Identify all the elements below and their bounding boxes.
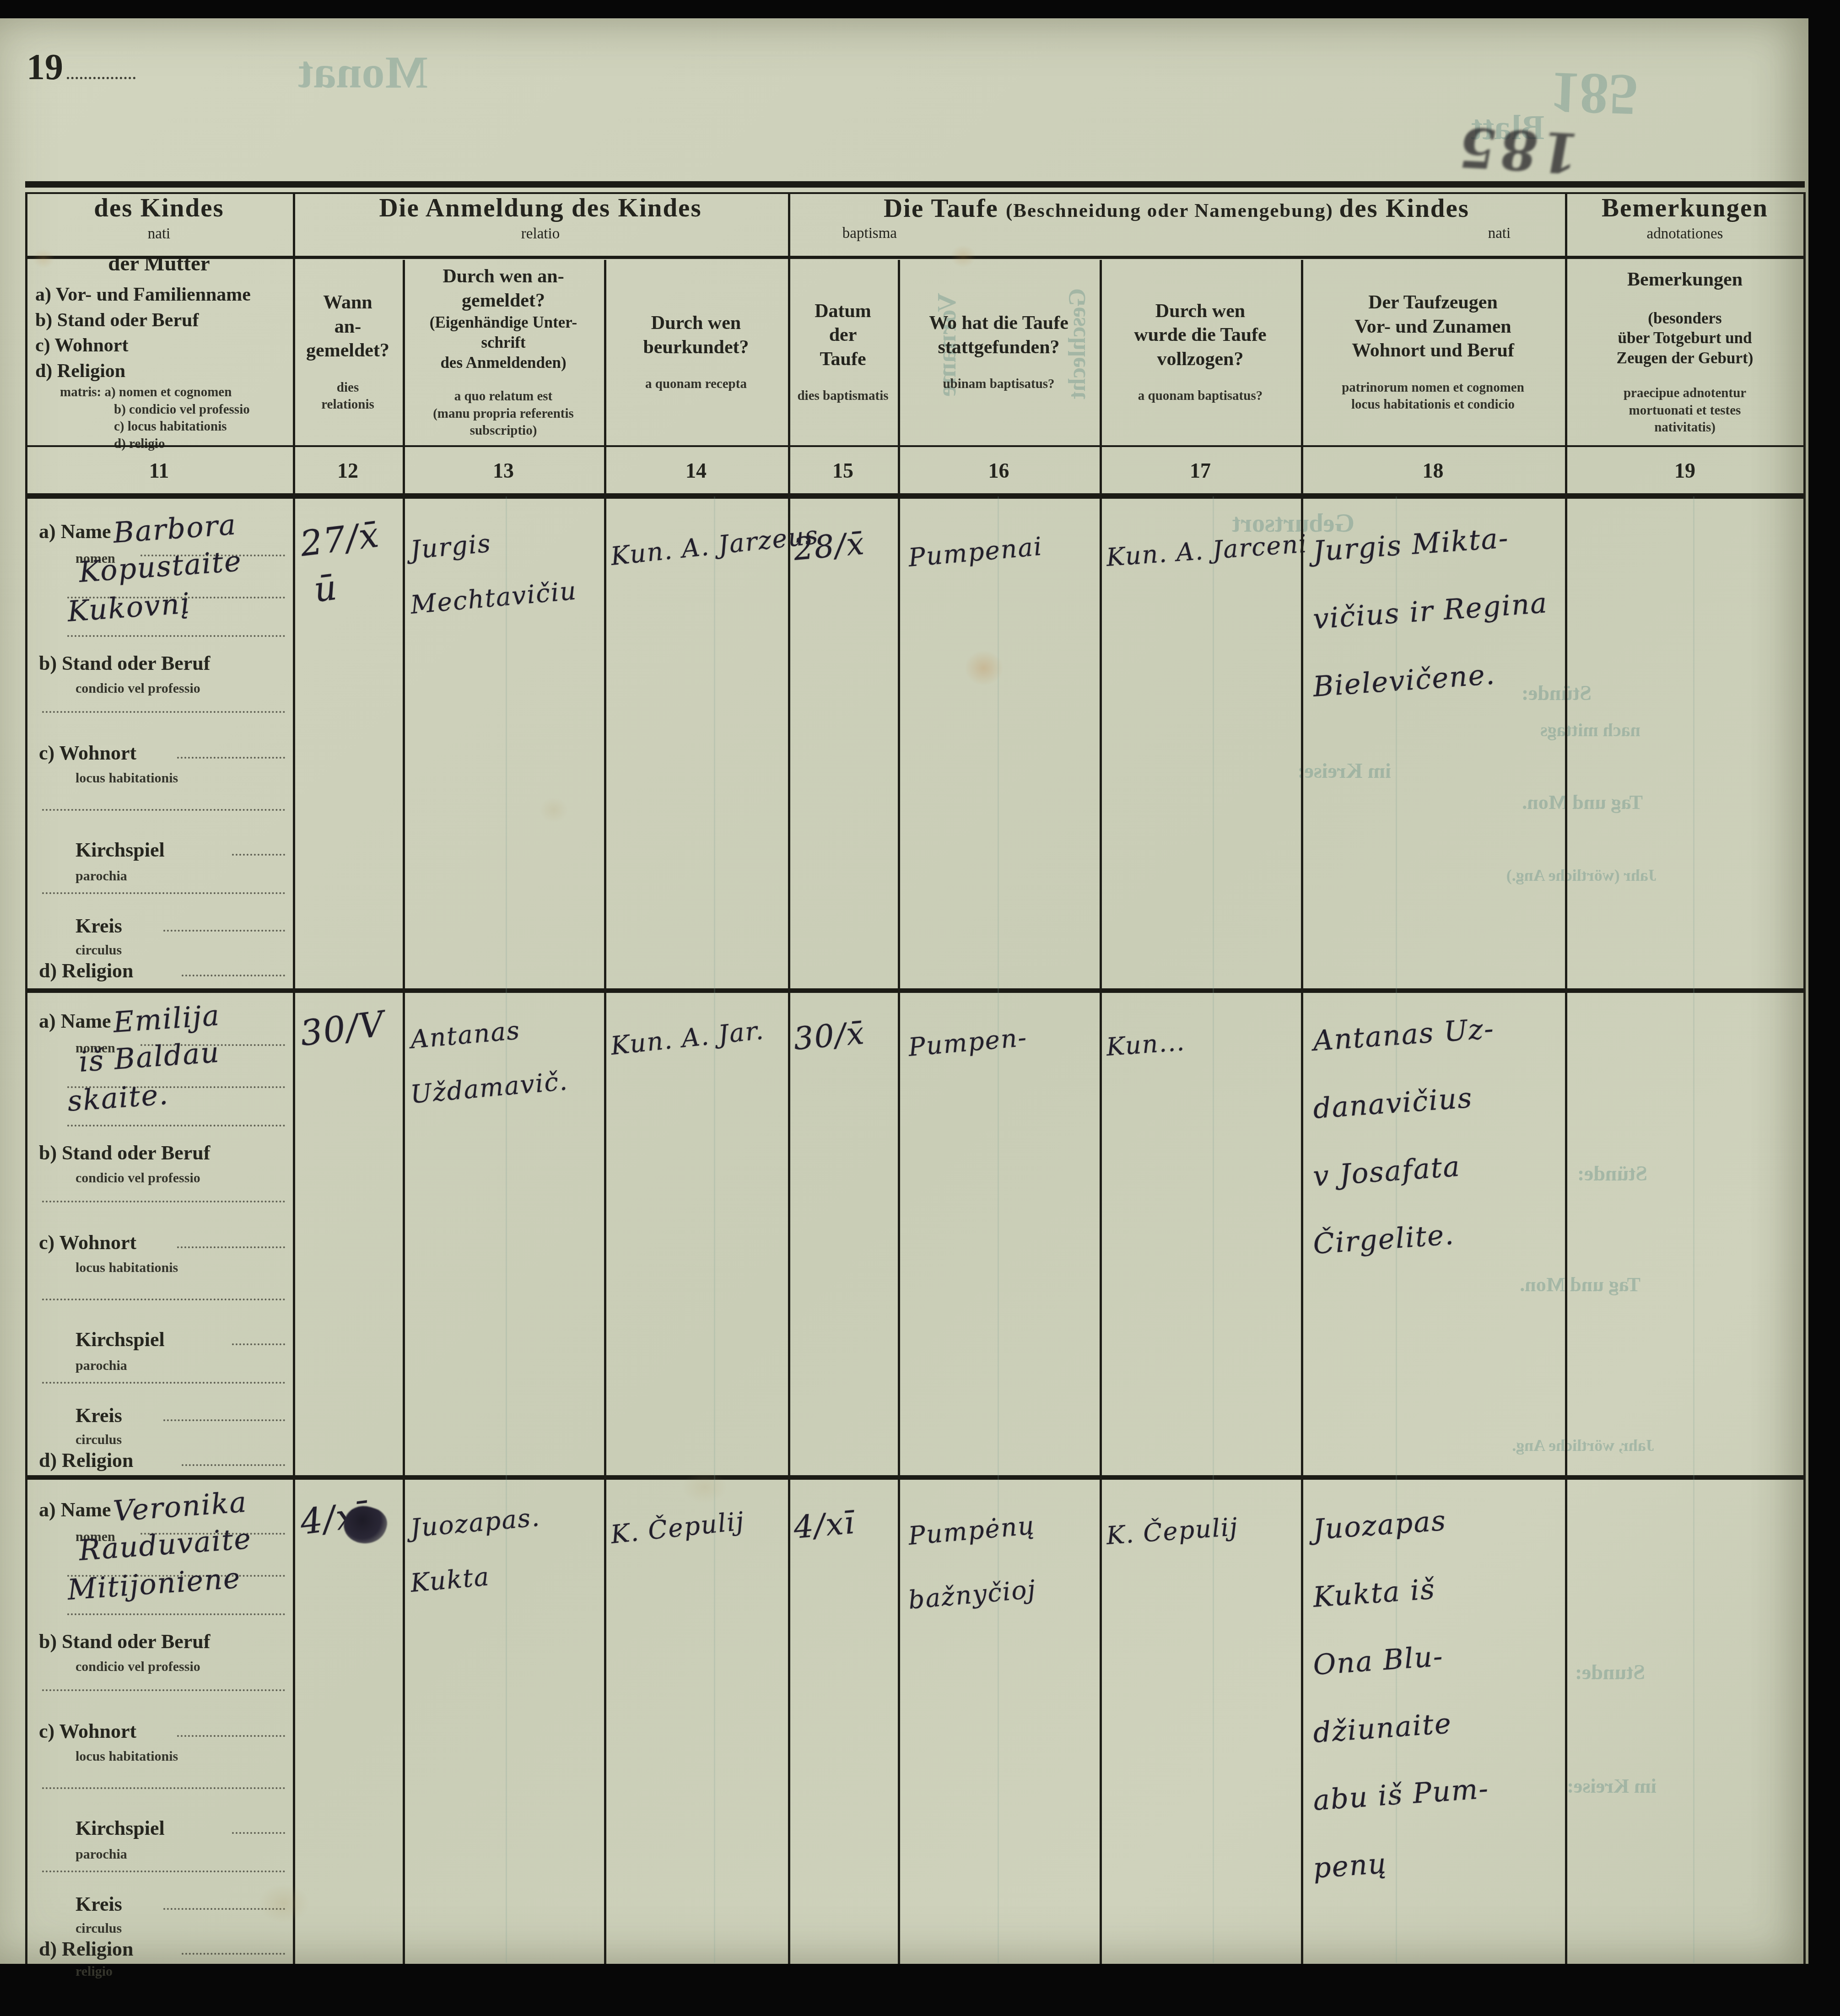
- bleed-streak: [1396, 496, 1397, 1963]
- group-subtitle-left: baptisma: [842, 225, 897, 242]
- column-divider: [1301, 260, 1303, 1964]
- column-header-line: a quonam recepta: [645, 376, 747, 393]
- group-header-bottom-rule: [25, 256, 1805, 259]
- group-title: des Kindes: [94, 193, 224, 223]
- column-divider: [898, 260, 900, 1964]
- column-header-line: locus habitationis et condicio: [1351, 396, 1515, 414]
- group-subtitle: adnotationes: [1647, 226, 1723, 243]
- dotted-line: [67, 635, 285, 637]
- column-divider: [1100, 260, 1102, 1964]
- subheader-bottom-rule: [25, 445, 1805, 447]
- column-header-13: Durch wen an-gemeldet?(Eigenhändige Unte…: [403, 260, 604, 444]
- column-header-line: Zeugen der Geburt): [1617, 348, 1754, 368]
- label-condicio: condicio vel professio: [76, 1170, 200, 1186]
- column-header-line: beurkundet?: [643, 335, 749, 360]
- label-locus: locus habitationis: [76, 771, 178, 786]
- handwriting-announced_date-row2: 30/V: [298, 1003, 387, 1054]
- group-header-1: des Kindesnati: [25, 179, 293, 256]
- handwriting-certified_by-row3: K. Čepulij: [609, 1506, 746, 1549]
- column-header-line: c) locus habitationis: [114, 418, 227, 436]
- column-number-18: 18: [1301, 447, 1565, 493]
- column-header-line: stattgefunden?: [938, 335, 1059, 360]
- handwriting-godparents-row1: Bielevičene.: [1312, 658, 1496, 703]
- group-subtitle: nati: [148, 226, 170, 243]
- scanned-register-page: 19 MonatBlatt185VornameGeschlechtGeburts…: [0, 0, 1840, 2016]
- label-stand: b) Stand oder Beruf: [39, 652, 210, 675]
- group-title-paren: (Beschneidung oder Namengebung): [1006, 200, 1339, 221]
- group-title-main: Die Taufe: [884, 194, 1006, 223]
- bleedthrough-text: Jahr (wörtliche Ang.): [1506, 866, 1657, 885]
- column-header-14: Durch wenbeurkundet?a quonam recepta: [604, 260, 788, 444]
- handwriting-baptism_place-row1: Pumpenai: [907, 532, 1044, 572]
- column-header-line: (besonders: [1648, 308, 1721, 329]
- column-header-line: Wann: [323, 291, 372, 315]
- bleed-streak: [506, 496, 507, 1963]
- label-name: a) Name: [39, 1498, 111, 1521]
- label-kreis: Kreis: [76, 1892, 122, 1916]
- table-top-thin-rule: [25, 192, 1805, 194]
- label-condicio: condicio vel professio: [76, 681, 200, 696]
- bleedthrough-text: Tag und Mon.: [1522, 791, 1643, 814]
- dotted-line: [42, 1689, 285, 1691]
- handwriting-announced_by-row2: Antanas: [409, 1015, 521, 1054]
- label-religion: d) Religion: [39, 1937, 134, 1961]
- label-parochia: parochia: [76, 1847, 127, 1862]
- dotted-line: [182, 1953, 285, 1955]
- page-number-value: 19: [27, 47, 63, 87]
- dotted-line: [177, 1735, 285, 1737]
- column-header-line: Wo hat die Taufe: [929, 311, 1068, 335]
- handwriting-baptized_by-row1: Kun. A. Jarceni: [1106, 529, 1309, 572]
- column-header-line: Durch wen: [651, 311, 741, 335]
- column-header-line: der Mutter: [108, 251, 210, 276]
- dotted-line: [67, 1125, 285, 1127]
- column-number-19: 19: [1565, 447, 1805, 493]
- column-header-line: ubinam baptisatus?: [943, 376, 1054, 393]
- dotted-line: [163, 1908, 285, 1910]
- label-wohnort: c) Wohnort: [39, 1231, 136, 1254]
- label-circulus: circulus: [76, 943, 122, 958]
- handwriting-baptism_place-row3: bažnyčioj: [907, 1574, 1037, 1615]
- handwriting-godparents-row2: v Josafata: [1312, 1150, 1462, 1193]
- label-kirchspiel: Kirchspiel: [76, 1328, 165, 1351]
- dotted-line: [42, 1870, 285, 1872]
- column-header-line: der: [829, 323, 857, 347]
- column-header-17: Durch wenwurde die Taufevollzogen?a quon…: [1100, 260, 1301, 444]
- handwriting-godparents-row3: Juozapas: [1312, 1504, 1447, 1546]
- column-header-line: a) Vor- und Familienname: [35, 282, 251, 307]
- handwriting-godparents-row3: abu iš Pum-: [1312, 1772, 1490, 1817]
- column-header-line: a quo relatum est: [454, 388, 553, 405]
- group-subtitle-right: nati: [1488, 225, 1511, 242]
- dotted-line: [42, 1382, 285, 1384]
- group-divider: [1565, 192, 1567, 260]
- group-title: Bemerkungen: [1602, 193, 1768, 223]
- label-circulus: circulus: [76, 1921, 122, 1936]
- handwriting-announced_by-row3: Juozapas.: [409, 1502, 541, 1543]
- bleedthrough-text: im Kreise:: [1297, 759, 1391, 783]
- column-divider: [403, 260, 405, 1964]
- paper-sheet: 19 MonatBlatt185VornameGeschlechtGeburts…: [0, 18, 1808, 1964]
- dotted-line: [182, 1464, 285, 1466]
- table-left-border: [25, 192, 27, 1964]
- handwriting-godparents-row2: Čirgelite.: [1312, 1218, 1456, 1261]
- bleedthrough-text: Stünde:: [1522, 681, 1592, 705]
- column-number-16: 16: [898, 447, 1100, 493]
- group-header-2: Die Anmeldung des Kindesrelatio: [293, 179, 788, 256]
- column-header-line: dies: [337, 379, 359, 397]
- dotted-line: [42, 809, 285, 811]
- column-number-17: 17: [1100, 447, 1301, 493]
- label-religion: d) Religion: [39, 959, 134, 982]
- column-header-15: DatumderTaufedies baptismatis: [788, 260, 898, 444]
- group-header-3: Die Taufe (Beschneidung oder Namengebung…: [788, 179, 1565, 256]
- stamp-number: 185: [1450, 115, 1584, 184]
- dotted-line: [182, 975, 285, 976]
- label-name: a) Name: [39, 520, 111, 543]
- handwriting-name-row2: skaite.: [66, 1078, 170, 1118]
- label-kreis: Kreis: [76, 914, 122, 938]
- handwriting-announced_date-row1: ū: [312, 566, 340, 610]
- dotted-line: [42, 1299, 285, 1300]
- column-header-line: Datum: [815, 299, 871, 323]
- column-header-line: Bemerkungen: [1627, 268, 1743, 292]
- dotted-line: [67, 1613, 285, 1615]
- column-header-line: matris: a) nomen et cognomen: [60, 384, 232, 401]
- column-header-line: Durch wen: [1155, 299, 1245, 323]
- column-header-line: (manu propria referentis: [433, 405, 574, 423]
- numstrip-bottom-rule: [25, 493, 1805, 499]
- dotted-line: [163, 1419, 285, 1421]
- column-header-line: praecipue adnotentur: [1624, 385, 1746, 402]
- column-number-11: 11: [25, 447, 293, 493]
- bleedthrough-text: nach mittags: [1540, 719, 1640, 741]
- handwriting-baptism_date-row1: 28/x̄: [792, 526, 866, 568]
- group-title: Die Taufe (Beschneidung oder Namengebung…: [884, 194, 1469, 223]
- column-divider: [604, 260, 606, 1964]
- bleed-streak: [998, 496, 999, 1963]
- handwriting-announced_by-row1: Jurgis: [409, 528, 492, 565]
- column-header-line: gemeldet?: [306, 339, 389, 363]
- column-header-line: dies baptismatis: [797, 388, 888, 405]
- group-subtitles: baptismanati: [842, 225, 1511, 242]
- column-header-line: vollzogen?: [1157, 347, 1244, 372]
- handwriting-baptized_by-row2: Kun...: [1106, 1027, 1186, 1062]
- column-header-line: mortuonati et testes: [1629, 402, 1741, 420]
- handwriting-godparents-row1: vičius ir Regina: [1312, 587, 1549, 636]
- row2-bottom-rule: [25, 1475, 1805, 1480]
- bleed-streak: [1693, 496, 1694, 1963]
- handwriting-godparents-row3: Ona Blu-: [1312, 1640, 1445, 1682]
- dotted-line: [177, 1246, 285, 1248]
- column-header-line: b) Stand oder Beruf: [35, 308, 199, 333]
- handwriting-godparents-row2: danavičius: [1312, 1082, 1473, 1125]
- label-kreis: Kreis: [76, 1404, 122, 1427]
- column-divider: [788, 260, 790, 1964]
- column-header-line: Vor- und Zunamen: [1354, 315, 1511, 339]
- label-stand: b) Stand oder Beruf: [39, 1141, 210, 1164]
- column-number-12: 12: [293, 447, 403, 493]
- column-header-line: a quonam baptisatus?: [1138, 388, 1263, 405]
- column-header-line: an-: [335, 315, 361, 339]
- row1-bottom-rule: [25, 988, 1805, 993]
- handwriting-godparents-row3: džiunaite: [1312, 1707, 1453, 1749]
- label-religio: religio: [76, 986, 113, 986]
- handwriting-baptism_date-row2: 30/x̄: [792, 1015, 866, 1057]
- bleed-streak: [714, 496, 715, 1963]
- group-divider: [293, 192, 295, 260]
- handwriting-announced_by-row1: Mechtavičiu: [409, 576, 578, 620]
- handwriting-announced_by-row2: Uždamavič.: [409, 1066, 569, 1109]
- label-condicio: condicio vel professio: [76, 1659, 200, 1675]
- label-parochia: parochia: [76, 868, 127, 884]
- column-header-line: Der Taufzeugen: [1368, 291, 1498, 315]
- handwriting-baptism_place-row2: Pumpen-: [907, 1023, 1028, 1062]
- column-header-11: der Muttera) Vor- und Familiennameb) Sta…: [25, 260, 293, 444]
- bleedthrough-text: Tag und Mon.: [1520, 1273, 1640, 1296]
- dotted-line: [42, 1201, 285, 1202]
- column-header-19: Bemerkungen(besondersüber Totgeburt undZ…: [1565, 260, 1805, 444]
- column-header-line: nativitatis): [1654, 419, 1716, 437]
- column-header-line: über Totgeburt und: [1618, 328, 1752, 348]
- label-name: a) Name: [39, 1009, 111, 1033]
- handwriting-godparents-row2: Antanas Uz-: [1312, 1012, 1495, 1057]
- label-circulus: circulus: [76, 1432, 122, 1448]
- group-title: Die Anmeldung des Kindes: [379, 193, 701, 223]
- column-header-line: Taufe: [820, 347, 866, 372]
- group-title-tail: des Kindes: [1339, 194, 1470, 223]
- handwriting-announced_by-row3: Kukta: [409, 1562, 491, 1598]
- bleedthrough-text: im Kreise:: [1567, 1774, 1657, 1798]
- column-number-15: 15: [788, 447, 898, 493]
- handwriting-godparents-row3: penų: [1312, 1847, 1388, 1885]
- page-number: 19: [27, 47, 135, 88]
- column-header-line: b) condicio vel professio: [114, 401, 250, 419]
- column-header-line: wurde die Taufe: [1134, 323, 1266, 347]
- column-header-12: Wannan-gemeldet?diesrelationis: [293, 260, 403, 444]
- label-locus: locus habitationis: [76, 1260, 178, 1276]
- handwriting-baptized_by-row3: K. Čepulij: [1106, 1512, 1239, 1550]
- dotted-line: [42, 892, 285, 894]
- column-header-line: Durch wen an-: [442, 264, 564, 289]
- column-header-16: Wo hat die Taufestattgefunden?ubinam bap…: [898, 260, 1100, 444]
- column-number-13: 13: [403, 447, 604, 493]
- label-kirchspiel: Kirchspiel: [76, 1817, 165, 1840]
- handwriting-godparents-row3: Kukta iš: [1312, 1573, 1436, 1614]
- dotted-line: [232, 1832, 285, 1834]
- column-divider: [1565, 260, 1567, 1964]
- dotted-line: [42, 711, 285, 713]
- group-divider: [788, 192, 790, 260]
- column-header-line: c) Wohnort: [35, 333, 128, 358]
- dotted-line: [177, 757, 285, 759]
- bleedthrough-text: Monat: [298, 46, 428, 98]
- table-right-border: [1803, 192, 1806, 1964]
- page-number-dotted-line: [67, 50, 135, 79]
- dotted-line: [163, 930, 285, 932]
- column-header-line: subscriptio): [470, 422, 537, 440]
- dotted-line: [232, 1343, 285, 1345]
- column-header-line: relationis: [321, 396, 374, 414]
- handwriting-baptism_place-row3: Pumpėnų: [907, 1510, 1036, 1551]
- bleedthrough-text: Stunde:: [1575, 1660, 1645, 1684]
- bleedthrough-text: Jahr, wörtliche Ang.: [1512, 1436, 1654, 1455]
- column-header-18: Der TaufzeugenVor- und ZunamenWohnort un…: [1301, 260, 1565, 444]
- dotted-line: [42, 1787, 285, 1789]
- handwriting-announced_date-row1: 27/x̄: [298, 514, 382, 564]
- label-wohnort: c) Wohnort: [39, 1720, 136, 1743]
- handwriting-certified_by-row2: Kun. A. Jar.: [609, 1015, 766, 1061]
- handwriting-baptism_date-row3: 4/xī: [792, 1505, 857, 1546]
- label-religion: d) Religion: [39, 1449, 134, 1472]
- label-kirchspiel: Kirchspiel: [76, 838, 165, 862]
- bleedthrough-text: Stünde:: [1577, 1161, 1647, 1186]
- column-header-line: Wohnort und Beruf: [1352, 339, 1514, 363]
- group-header-4: Bemerkungenadnotationes: [1565, 179, 1805, 256]
- column-header-line: d) Religion: [35, 359, 125, 384]
- column-number-14: 14: [604, 447, 788, 493]
- dotted-line: [232, 854, 285, 856]
- group-subtitle: relatio: [521, 226, 560, 243]
- label-locus: locus habitationis: [76, 1749, 178, 1764]
- column-header-line: patrinorum nomen et cognomen: [1342, 379, 1524, 397]
- table-top-thick-rule: [25, 181, 1805, 188]
- column-header-line: (Eigenhändige Unter-: [430, 313, 577, 333]
- bleed-streak: [1213, 496, 1214, 1963]
- column-header-line: gemeldet?: [462, 289, 545, 313]
- label-religio: religio: [76, 1964, 113, 1979]
- label-stand: b) Stand oder Beruf: [39, 1630, 210, 1653]
- column-divider: [293, 260, 295, 1964]
- label-wohnort: c) Wohnort: [39, 741, 136, 765]
- bleedthrough-text: 185: [1549, 59, 1639, 129]
- column-header-line: schrift: [481, 333, 525, 353]
- label-parochia: parochia: [76, 1358, 127, 1374]
- column-header-line: des Anmeldenden): [440, 353, 566, 373]
